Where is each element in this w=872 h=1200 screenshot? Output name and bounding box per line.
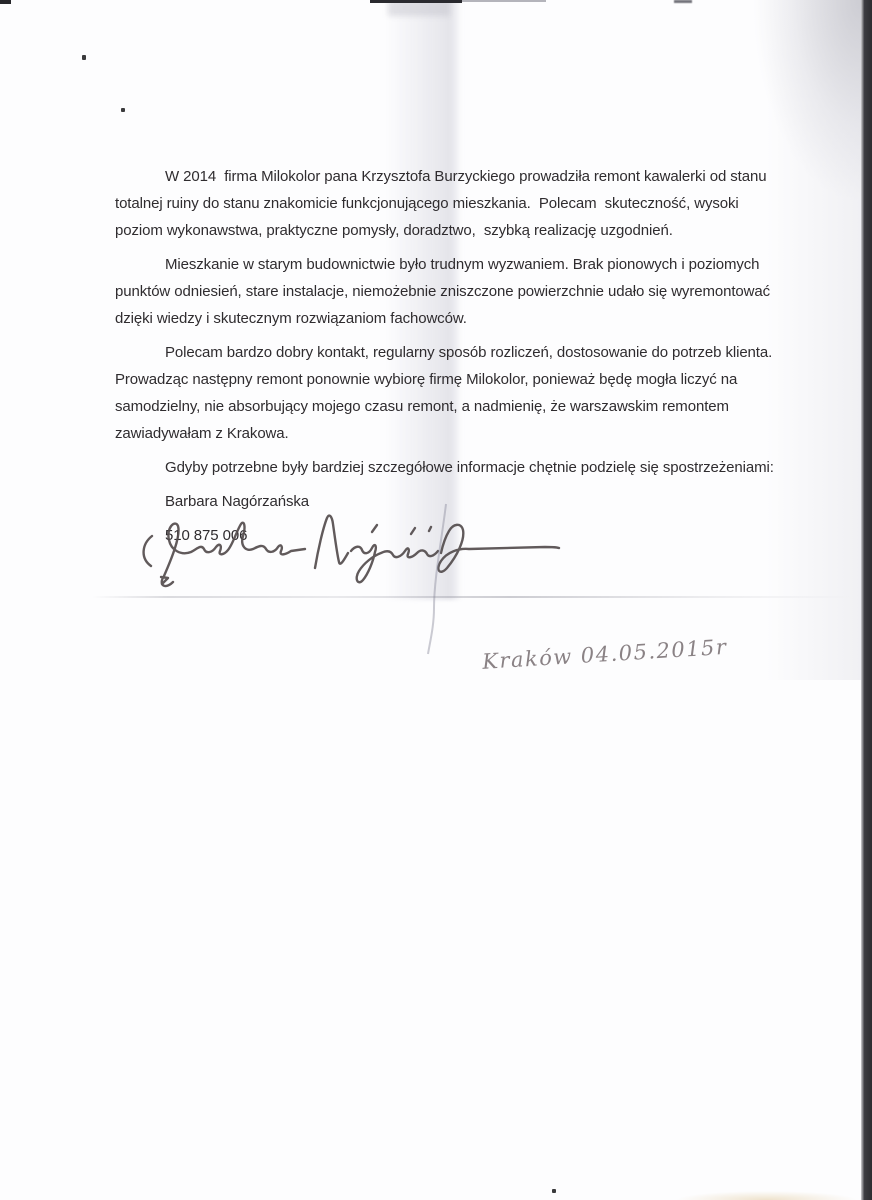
top-edge-mark [462,0,546,2]
paragraph-3: Polecam bardzo dobry kontakt, regularny … [115,339,785,447]
paper-speck [552,1189,556,1193]
paragraph-2: Mieszkanie w starym budownictwie było tr… [115,251,785,332]
paragraph-4: Gdyby potrzebne były bardziej szczegółow… [115,454,785,481]
top-edge-mark [674,0,692,3]
scanner-edge-right [861,0,872,1200]
fold-crease-horizontal [92,596,852,598]
top-edge-mark [370,0,462,3]
scanned-letter-page: W 2014 firma Milokolor pana Krzysztofa B… [0,0,872,1200]
handwritten-date: Kraków 04.05.2015r [482,632,773,674]
paper-speck [121,108,125,112]
paragraph-1: W 2014 firma Milokolor pana Krzysztofa B… [115,163,785,244]
signature-handwriting [125,506,565,598]
bottom-edge-tint [650,1185,862,1200]
fold-crease-vertical [414,498,460,658]
paper-speck [82,55,86,60]
top-edge-mark [0,0,11,4]
